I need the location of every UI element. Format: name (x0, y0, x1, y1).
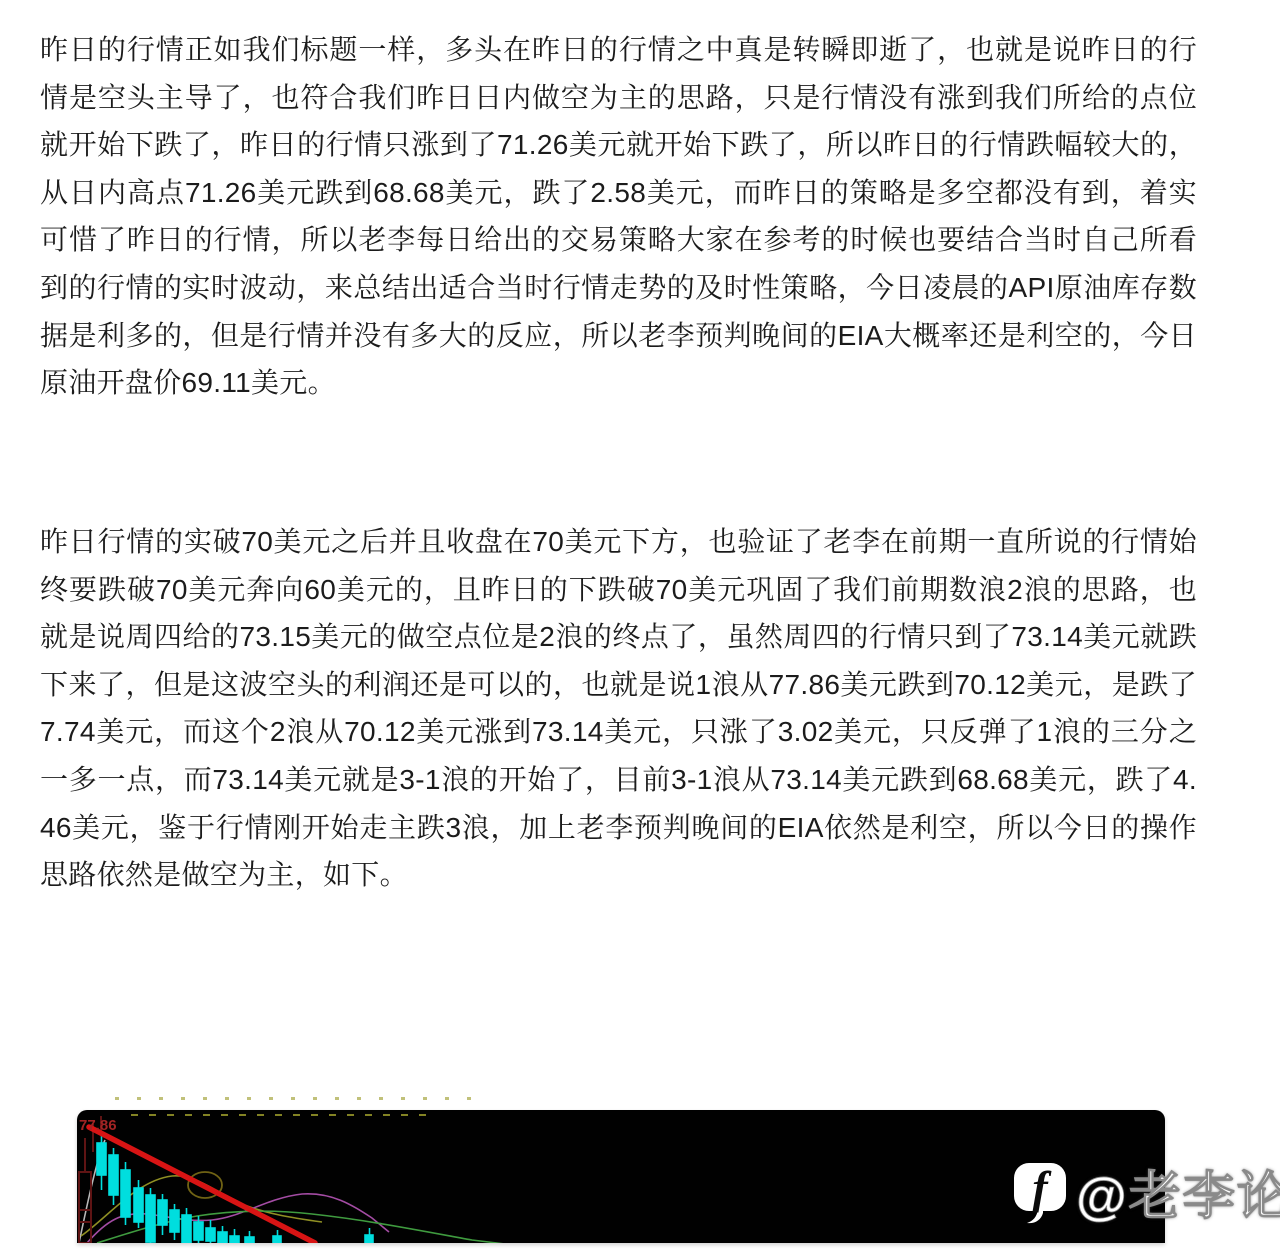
paragraph-wave-analysis: 昨日行情的实破70美元之后并且收盘在70美元下方，也验证了老李在前期一直所说的行… (40, 518, 1197, 899)
chart-inner-ticks (122, 1114, 432, 1118)
chart-top-ticks (115, 1097, 475, 1100)
article-page: 昨日的行情正如我们标题一样，多头在昨日的行情之中真是转瞬即逝了，也就是说昨日的行… (0, 0, 1280, 1250)
chart-price-label: 77.86 (79, 1117, 117, 1134)
candlestick-chart-image: 77.86 (77, 1110, 1165, 1243)
candlestick-chart-svg: 77.86 (77, 1110, 1165, 1243)
paragraph-market-recap: 昨日的行情正如我们标题一样，多头在昨日的行情之中真是转瞬即逝了，也就是说昨日的行… (40, 26, 1197, 407)
